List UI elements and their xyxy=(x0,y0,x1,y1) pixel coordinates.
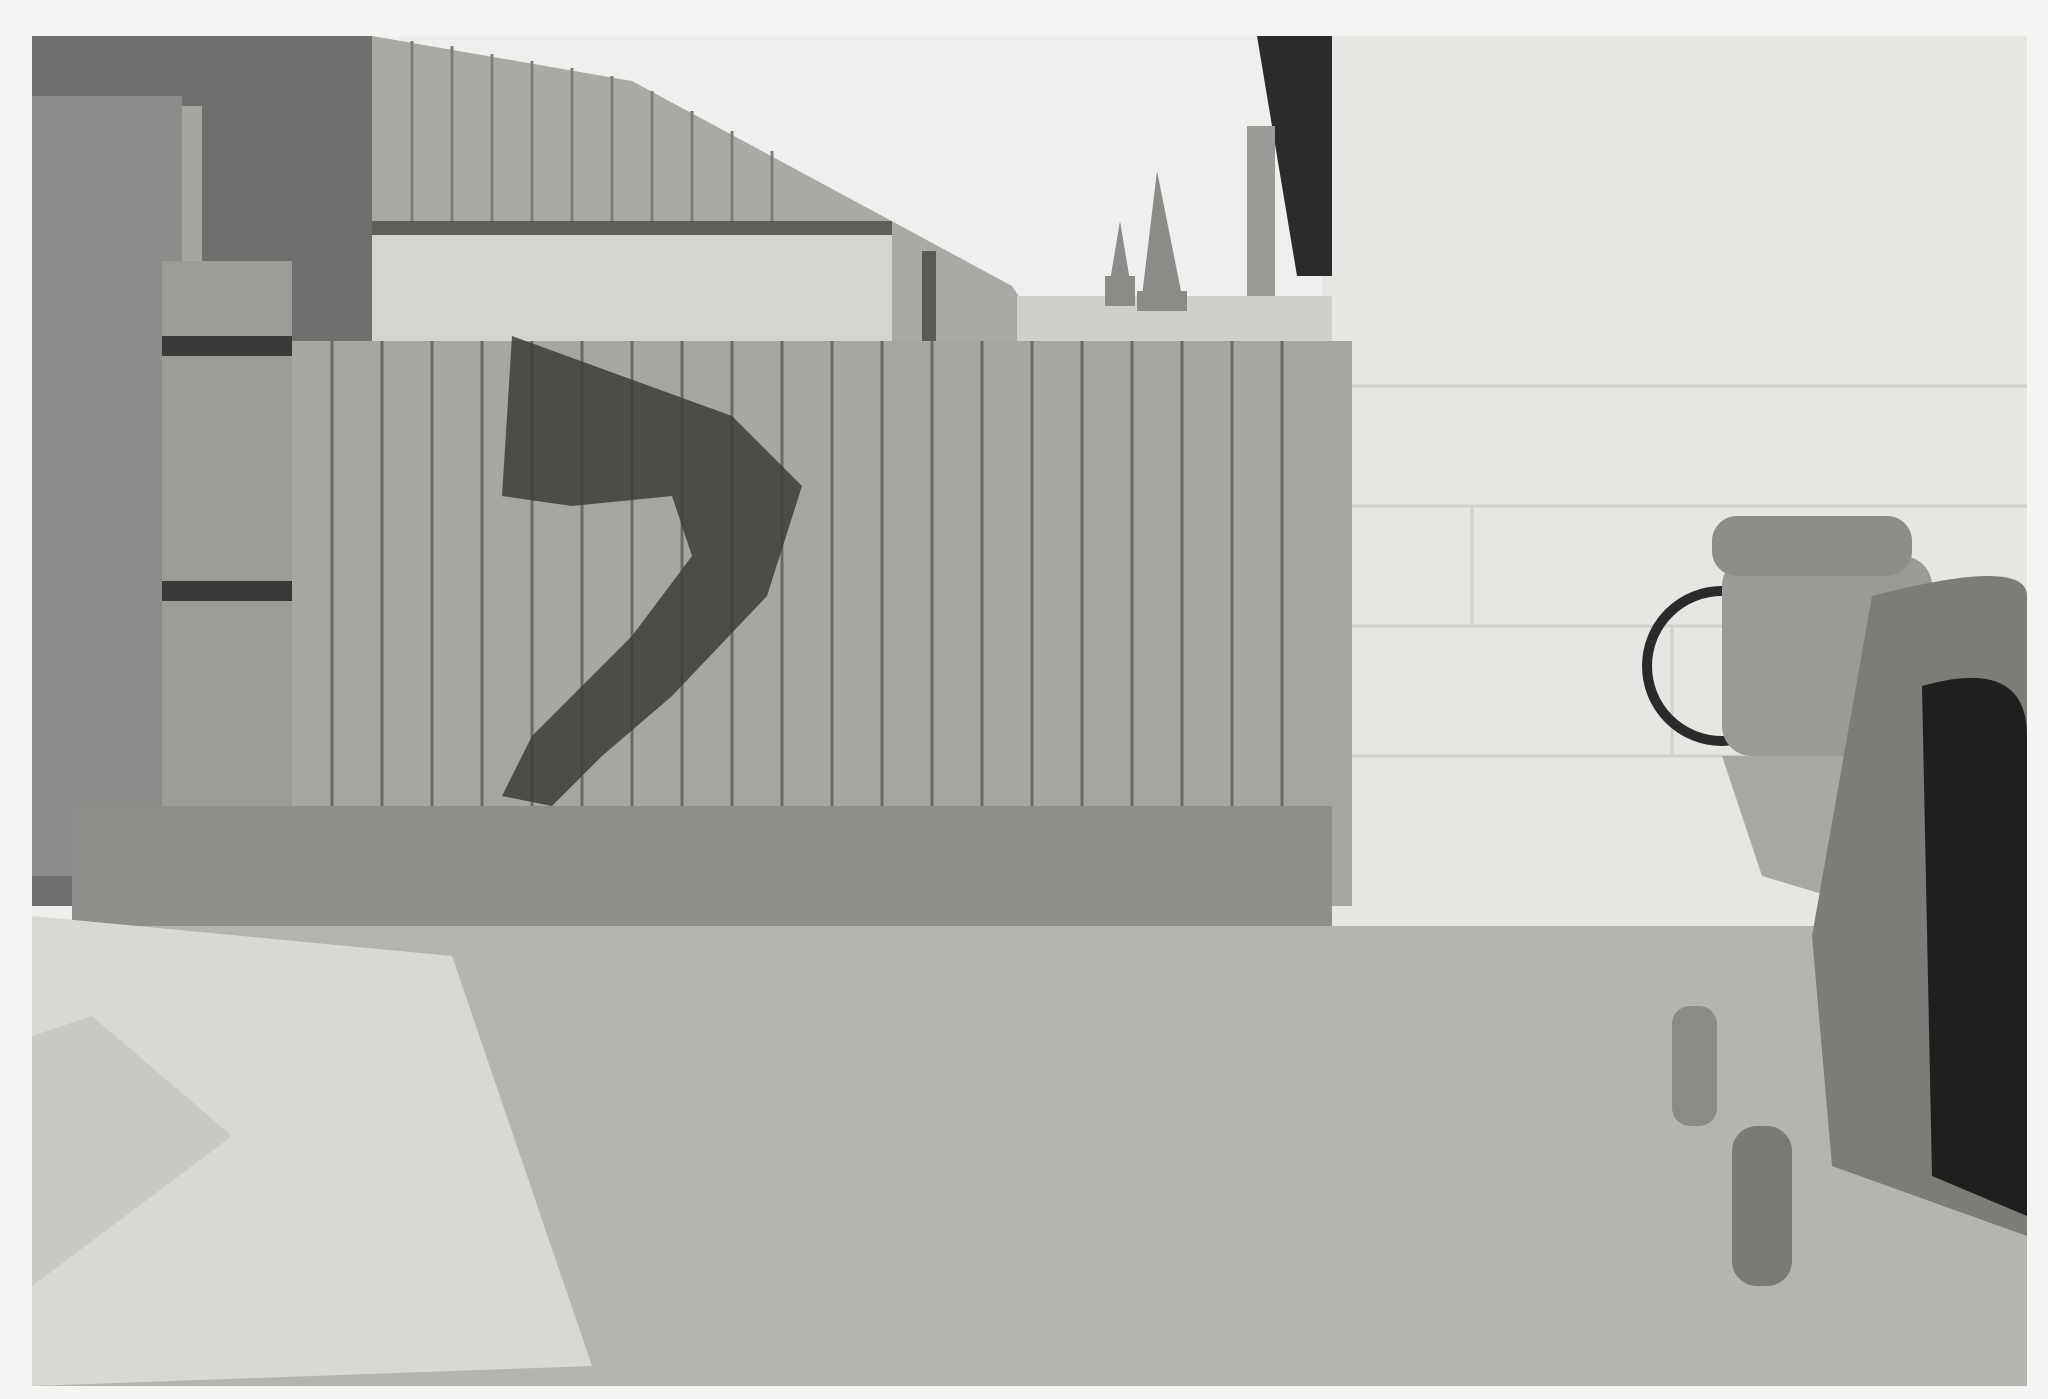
fence-foundation xyxy=(72,806,1332,926)
photograph: Courtyard with a wooden plank fence, bri… xyxy=(32,36,2027,1386)
photo-scene xyxy=(32,36,2027,1386)
chimney xyxy=(1247,126,1275,296)
